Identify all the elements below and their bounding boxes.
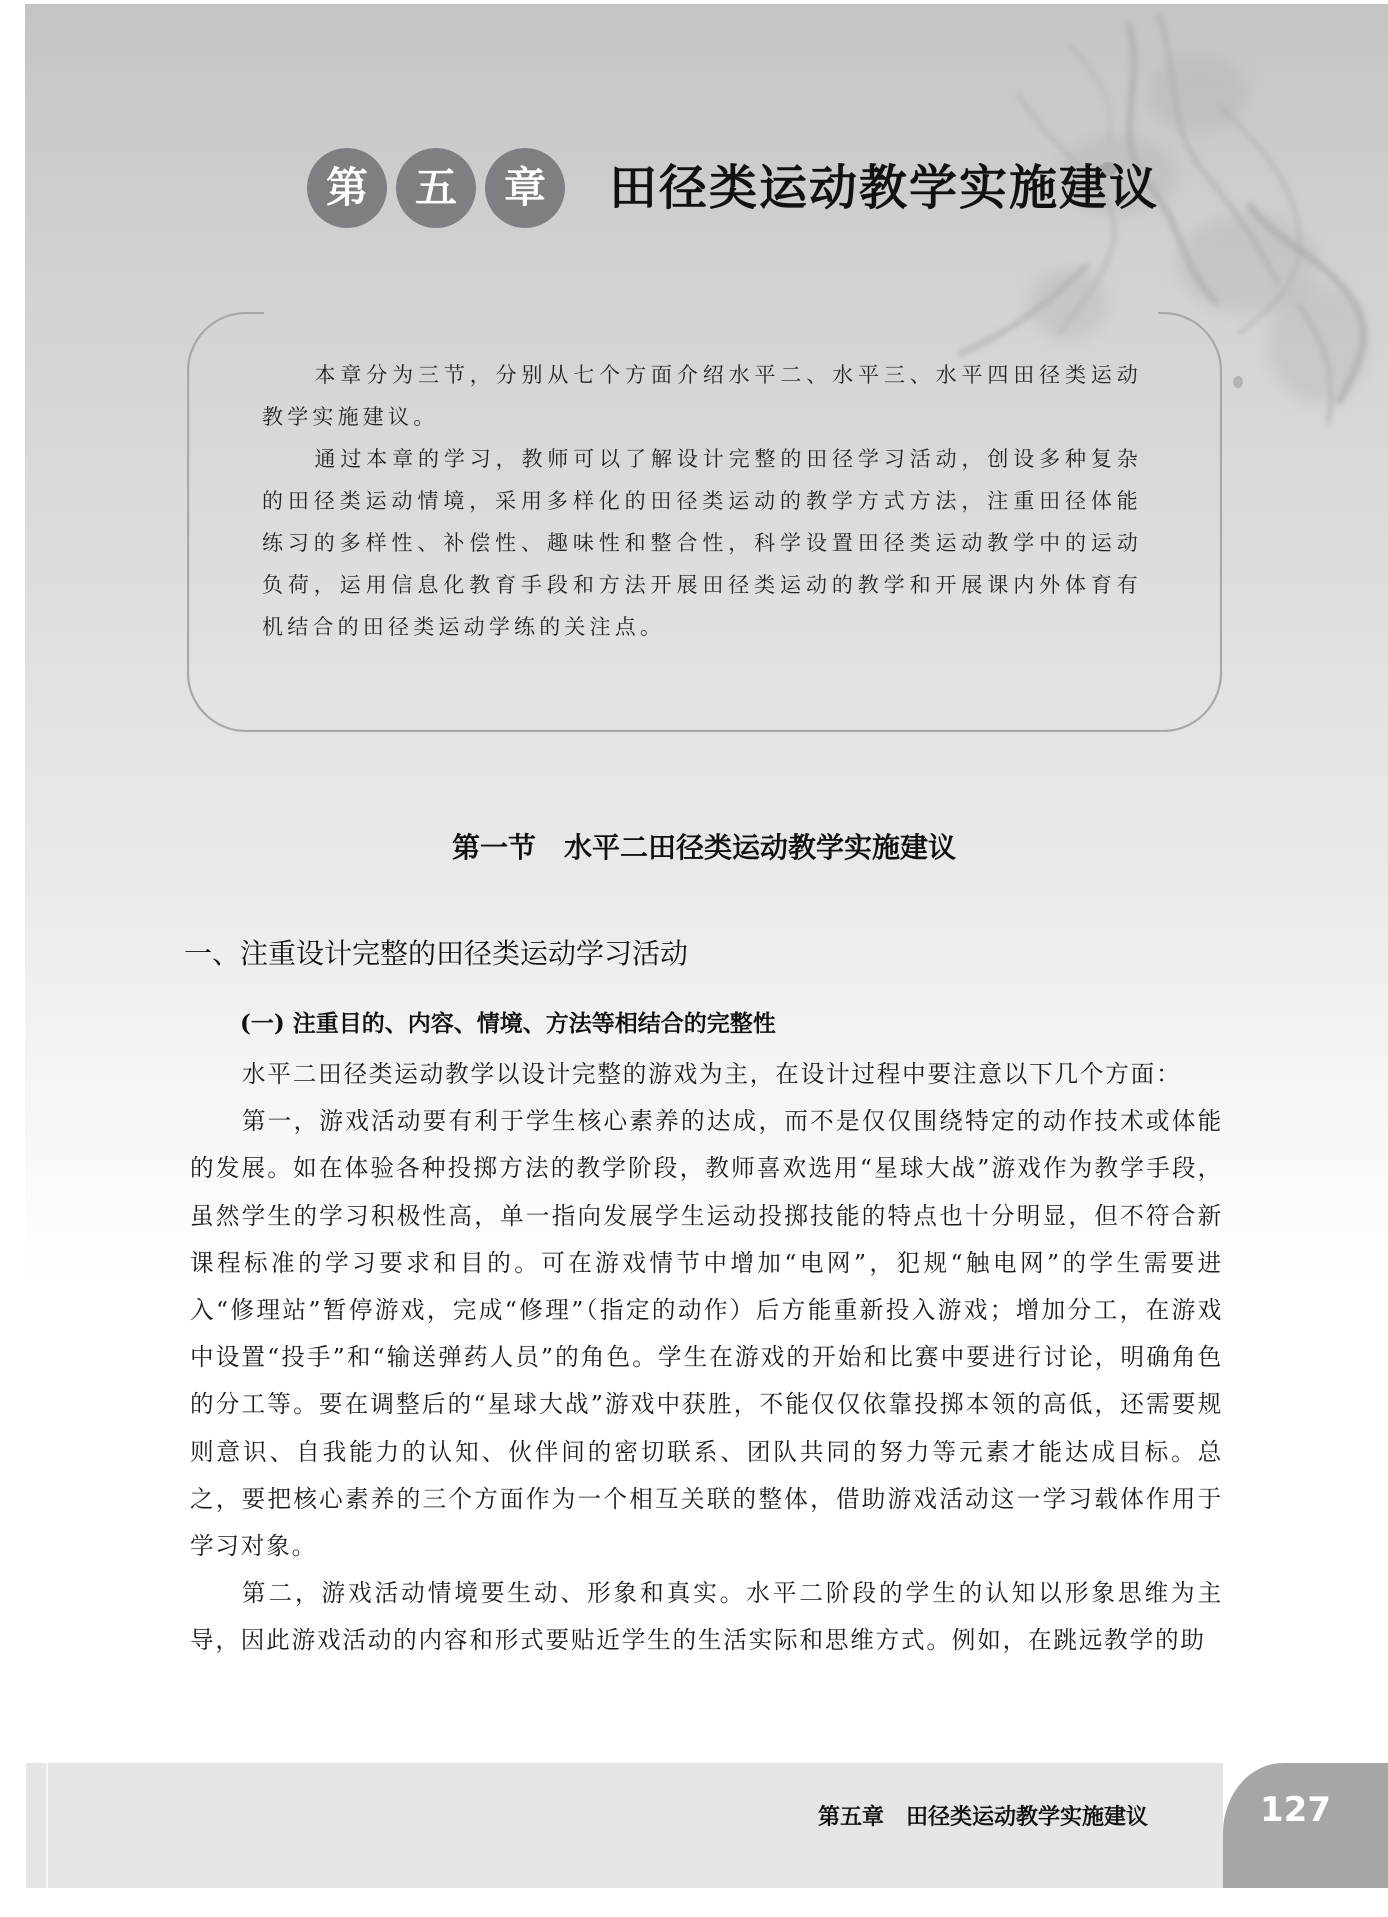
body-text: 水平二田径类运动教学以设计完整的游戏为主，在设计过程中要注意以下几个方面： 第一… — [190, 1051, 1223, 1665]
running-title: 第五章 田径类运动教学实施建议 — [818, 1800, 1148, 1831]
chapter-circle: 第 — [307, 148, 387, 228]
chapter-label: 第 五 章 — [307, 148, 565, 228]
chapter-circle: 五 — [396, 148, 476, 228]
heading-level-2: (一) 注重目的、内容、情境、方法等相结合的完整性 — [240, 1005, 776, 1038]
intro-paragraph: 本章分为三节，分别从七个方面介绍水平二、水平三、水平四田径类运动教学实施建议。 — [262, 354, 1142, 438]
intro-text: 本章分为三节，分别从七个方面介绍水平二、水平三、水平四田径类运动教学实施建议。 … — [262, 354, 1142, 648]
body-paragraph: 第一，游戏活动要有利于学生核心素养的达成，而不是仅仅围绕特定的动作技术或体能的发… — [190, 1098, 1223, 1570]
heading-level-1: 一、注重设计完整的田径类运动学习活动 — [184, 932, 688, 972]
section-title: 第一节 水平二田径类运动教学实施建议 — [0, 826, 1388, 866]
body-paragraph: 第二，游戏活动情境要生动、形象和真实。水平二阶段的学生的认知以形象思维为主导，因… — [190, 1570, 1223, 1664]
footer-divider — [46, 1763, 48, 1888]
chapter-intro-box: 本章分为三节，分别从七个方面介绍水平二、水平三、水平四田径类运动教学实施建议。 … — [187, 312, 1222, 732]
chapter-title: 田径类运动教学实施建议 — [609, 156, 1159, 220]
intro-paragraph: 通过本章的学习，教师可以了解设计完整的田径学习活动，创设多种复杂的田径类运动情境… — [262, 438, 1142, 648]
body-paragraph: 水平二田径类运动教学以设计完整的游戏为主，在设计过程中要注意以下几个方面： — [190, 1051, 1223, 1098]
page-number: 127 — [1223, 1790, 1368, 1830]
chapter-circle: 章 — [485, 148, 565, 228]
